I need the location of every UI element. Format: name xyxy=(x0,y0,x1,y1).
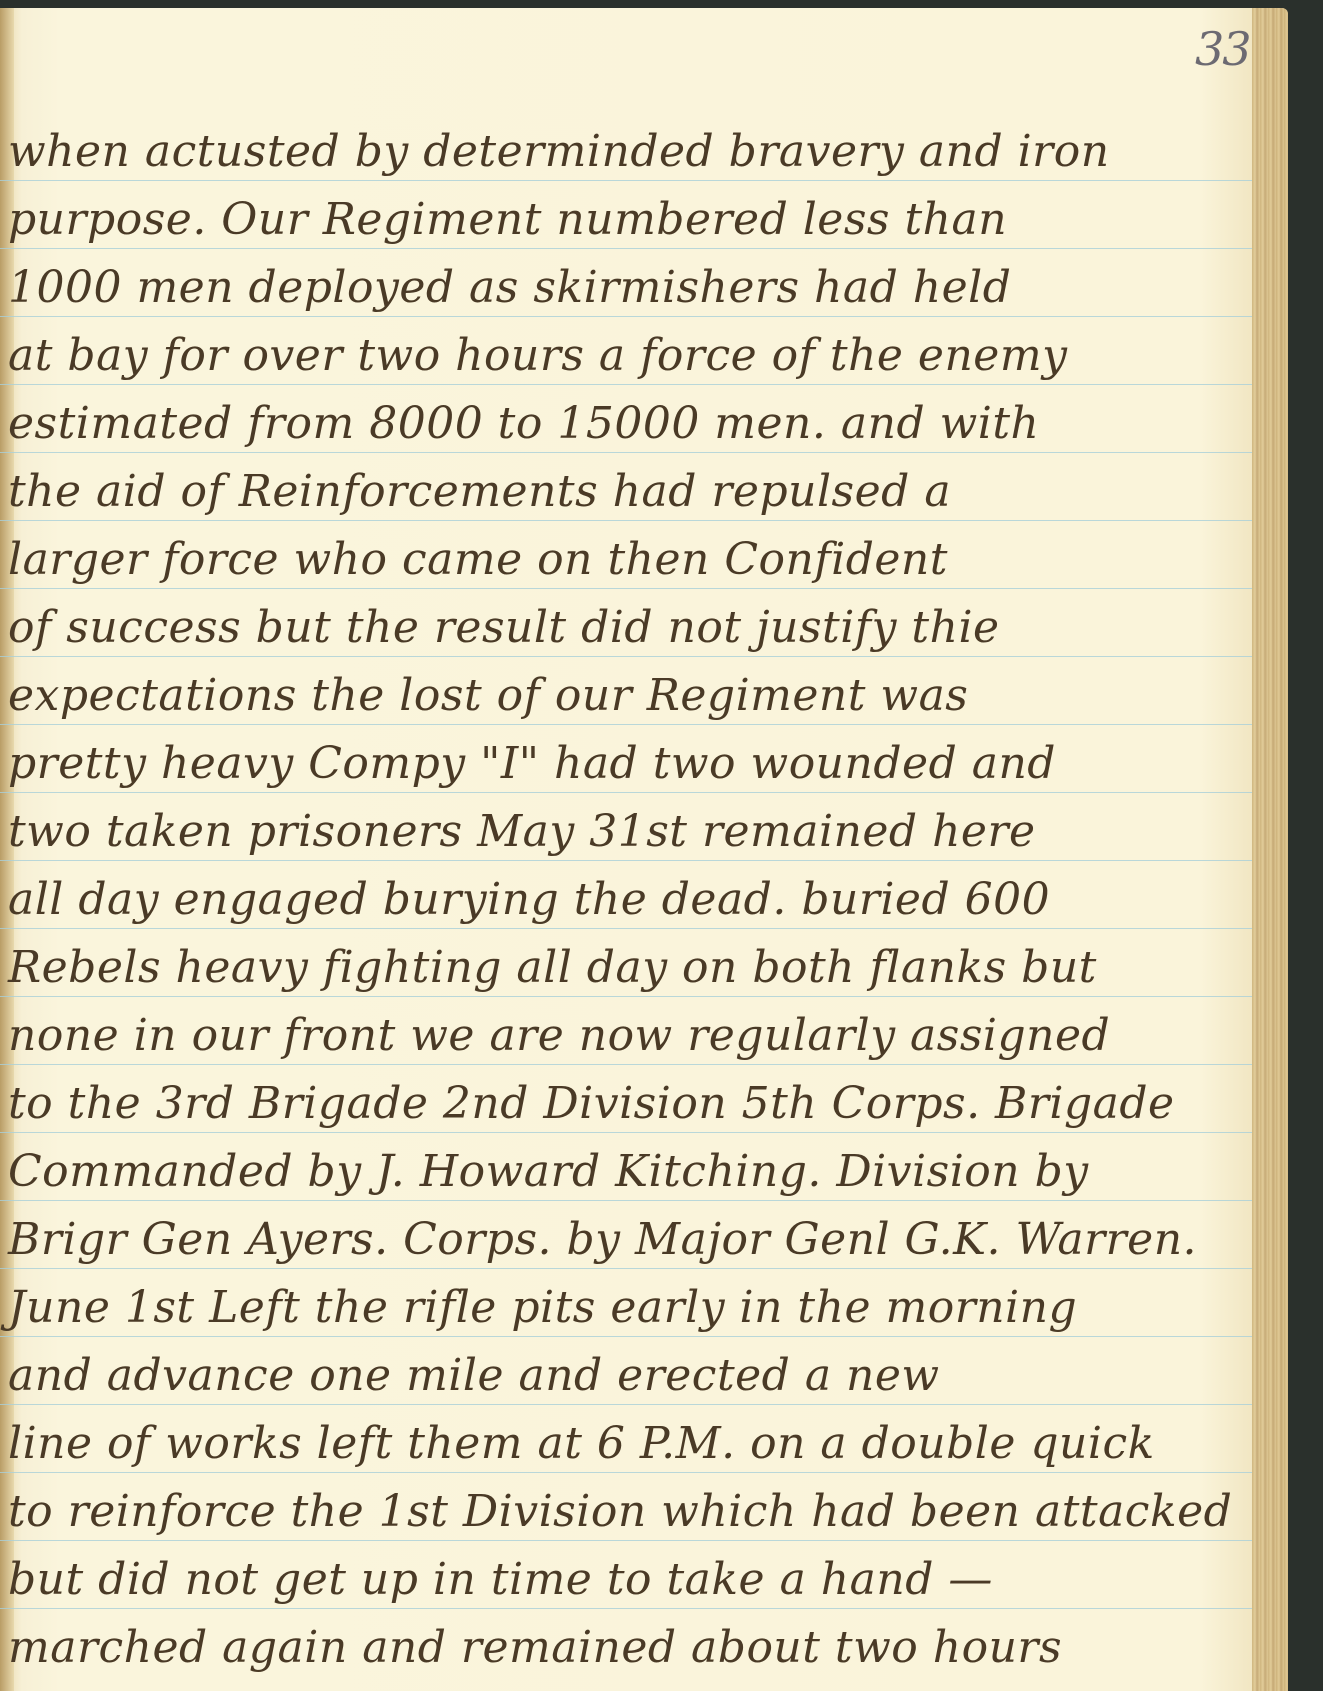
text-line: and advance one mile and erected a new xyxy=(8,1350,1228,1402)
ruled-line xyxy=(0,792,1252,793)
ruled-line xyxy=(0,1064,1252,1065)
text-line: to the 3rd Brigade 2nd Division 5th Corp… xyxy=(8,1078,1228,1130)
ruled-line xyxy=(0,384,1252,385)
ruled-line xyxy=(0,860,1252,861)
text-line: larger force who came on then Confident xyxy=(8,534,1228,586)
ruled-line xyxy=(0,1404,1252,1405)
text-line: but did not get up in time to take a han… xyxy=(8,1554,1228,1606)
ruled-line xyxy=(0,180,1252,181)
ruled-line xyxy=(0,588,1252,589)
ruled-line xyxy=(0,316,1252,317)
text-line: two taken prisoners May 31st remained he… xyxy=(8,806,1228,858)
text-line: Commanded by J. Howard Kitching. Divisio… xyxy=(8,1146,1228,1198)
ruled-line xyxy=(0,1200,1252,1201)
ruled-line xyxy=(0,1132,1252,1133)
text-line: June 1st Left the rifle pits early in th… xyxy=(8,1282,1228,1334)
ruled-line xyxy=(0,928,1252,929)
text-line: the aid of Reinforcements had repulsed a xyxy=(8,466,1228,518)
text-line: purpose. Our Regiment numbered less than xyxy=(8,194,1228,246)
ruled-line xyxy=(0,996,1252,997)
text-line: at bay for over two hours a force of the… xyxy=(8,330,1228,382)
ruled-line xyxy=(0,1608,1252,1609)
ruled-line xyxy=(0,1472,1252,1473)
ruled-line xyxy=(0,1336,1252,1337)
ruled-line xyxy=(0,724,1252,725)
text-line: to reinforce the 1st Division which had … xyxy=(8,1486,1228,1538)
text-line: of success but the result did not justif… xyxy=(8,602,1228,654)
text-line: Rebels heavy fighting all day on both fl… xyxy=(8,942,1228,994)
text-line: pretty heavy Compy "I" had two wounded a… xyxy=(8,738,1228,790)
text-line: expectations the lost of our Regiment wa… xyxy=(8,670,1228,722)
text-line: Brigr Gen Ayers. Corps. by Major Genl G.… xyxy=(8,1214,1228,1266)
text-line: marched again and remained about two hou… xyxy=(8,1622,1228,1674)
page-edge-stack xyxy=(1252,8,1288,1691)
page-number: 33 xyxy=(1195,22,1250,76)
text-line: when actusted by determinded bravery and… xyxy=(8,126,1228,178)
ruled-line xyxy=(0,656,1252,657)
ruled-line xyxy=(0,248,1252,249)
ruled-line xyxy=(0,1268,1252,1269)
text-line: line of works left them at 6 P.M. on a d… xyxy=(8,1418,1228,1470)
diary-page: 33 when actusted by determinded bravery … xyxy=(0,8,1288,1691)
ruled-line xyxy=(0,452,1252,453)
text-line: 1000 men deployed as skirmishers had hel… xyxy=(8,262,1228,314)
text-line: none in our front we are now regularly a… xyxy=(8,1010,1228,1062)
ruled-line xyxy=(0,1540,1252,1541)
text-line: all day engaged burying the dead. buried… xyxy=(8,874,1228,926)
text-line: estimated from 8000 to 15000 men. and wi… xyxy=(8,398,1228,450)
ruled-line xyxy=(0,520,1252,521)
